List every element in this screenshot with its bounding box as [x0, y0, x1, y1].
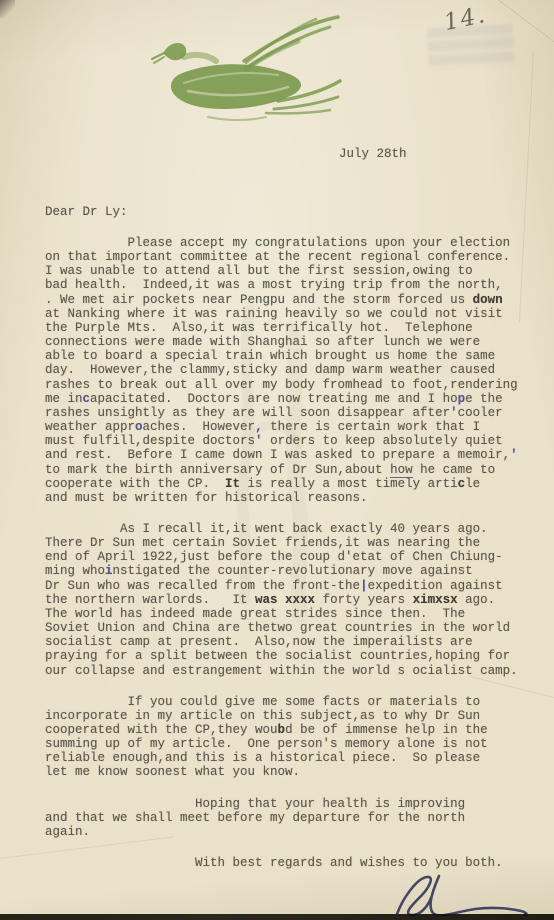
text-line: If you could give me some facts or mater… [45, 695, 545, 709]
text-line: With best regards and wishes to you both… [45, 856, 545, 870]
text-line: cooperated with the CP,they woubd be of … [45, 723, 545, 737]
text-line: on that important committee at the recen… [45, 250, 545, 264]
text-line: the northern warlords. It was xxxx forty… [45, 593, 545, 607]
scan-corner-shadow [0, 0, 15, 18]
letter-body: Please accept my congratulations upon yo… [45, 236, 545, 870]
text-line: and rest. Before I came down I was asked… [45, 448, 545, 462]
text-line: to mark the birth anniversary of Dr Sun,… [45, 463, 545, 477]
paragraph: As I recall it,it went back exactly 40 y… [45, 522, 545, 678]
text-line: the Purple Mts. Also,it was terrifically… [45, 321, 545, 335]
text-line: praying for a split between the socialis… [45, 649, 545, 663]
text-line: at Nanking where it was raining heavily … [45, 307, 545, 321]
paragraph: With best regards and wishes to you both… [45, 856, 545, 870]
letter-page: 14. July 28th Dear Dr Ly: Please accept … [0, 0, 554, 920]
text-line: The world has indeed made great strides … [45, 607, 545, 621]
text-line: . We met air pockets near Pengpu and the… [45, 293, 545, 307]
text-line: incorporate in my article on this subjec… [45, 709, 545, 723]
text-line: weather approaches. However, there is ce… [45, 420, 545, 434]
text-line: connections were made with Shanghai so a… [45, 335, 545, 349]
paragraph: Hoping that your health is improvingand … [45, 797, 545, 839]
text-line: me incapacitated. Doctors are now treati… [45, 392, 545, 406]
paragraph: Please accept my congratulations upon yo… [45, 236, 545, 505]
text-line: rashes to break out all over my body fro… [45, 378, 545, 392]
text-line: cooperate with the CP. It is really a mo… [45, 477, 545, 491]
text-line: and must be written for historical reaso… [45, 491, 545, 505]
text-line: I was unable to attend all but the first… [45, 264, 545, 278]
text-line: must fulfill,despite doctors' orders to … [45, 434, 545, 448]
text-line: reliable enough,and this is a historical… [45, 751, 545, 765]
text-line: Soviet Union and China are thetwo great … [45, 621, 545, 635]
text-line: Hoping that your health is improving [45, 797, 545, 811]
salutation: Dear Dr Ly: [45, 205, 128, 219]
text-line: ming whoinstigated the counter-revolutio… [45, 564, 545, 578]
text-line: and that we shall meet before my departu… [45, 811, 545, 825]
text-line: our collapse and estrangement within the… [45, 664, 545, 678]
text-line: There Dr Sun met certain Soviet friends,… [45, 536, 545, 550]
signature-scrawl [383, 870, 538, 920]
text-line: socialist camp at present. Also,now the … [45, 635, 545, 649]
text-line: end of April 1922,just before the coup d… [45, 550, 545, 564]
text-line: As I recall it,it went back exactly 40 y… [45, 522, 545, 536]
date-line: July 28th [339, 147, 407, 161]
text-line: bad health. Indeed,it was a most trying … [45, 278, 545, 292]
text-line: Dr Sun who was recalled from the front-t… [45, 579, 545, 593]
text-line: let me know soonest what you know. [45, 765, 545, 779]
text-line: again. [45, 825, 545, 839]
dove-illustration [148, 12, 343, 134]
text-line: Please accept my congratulations upon yo… [45, 236, 545, 250]
text-line: rashes unsightly as they are will soon d… [45, 406, 545, 420]
text-line: summing up of my article. One person's m… [45, 737, 545, 751]
text-line: able to board a special train which brou… [45, 349, 545, 363]
text-line: day. However,the clammy,sticky and damp … [45, 363, 545, 377]
scan-edge [0, 914, 554, 920]
paragraph: If you could give me some facts or mater… [45, 695, 545, 780]
